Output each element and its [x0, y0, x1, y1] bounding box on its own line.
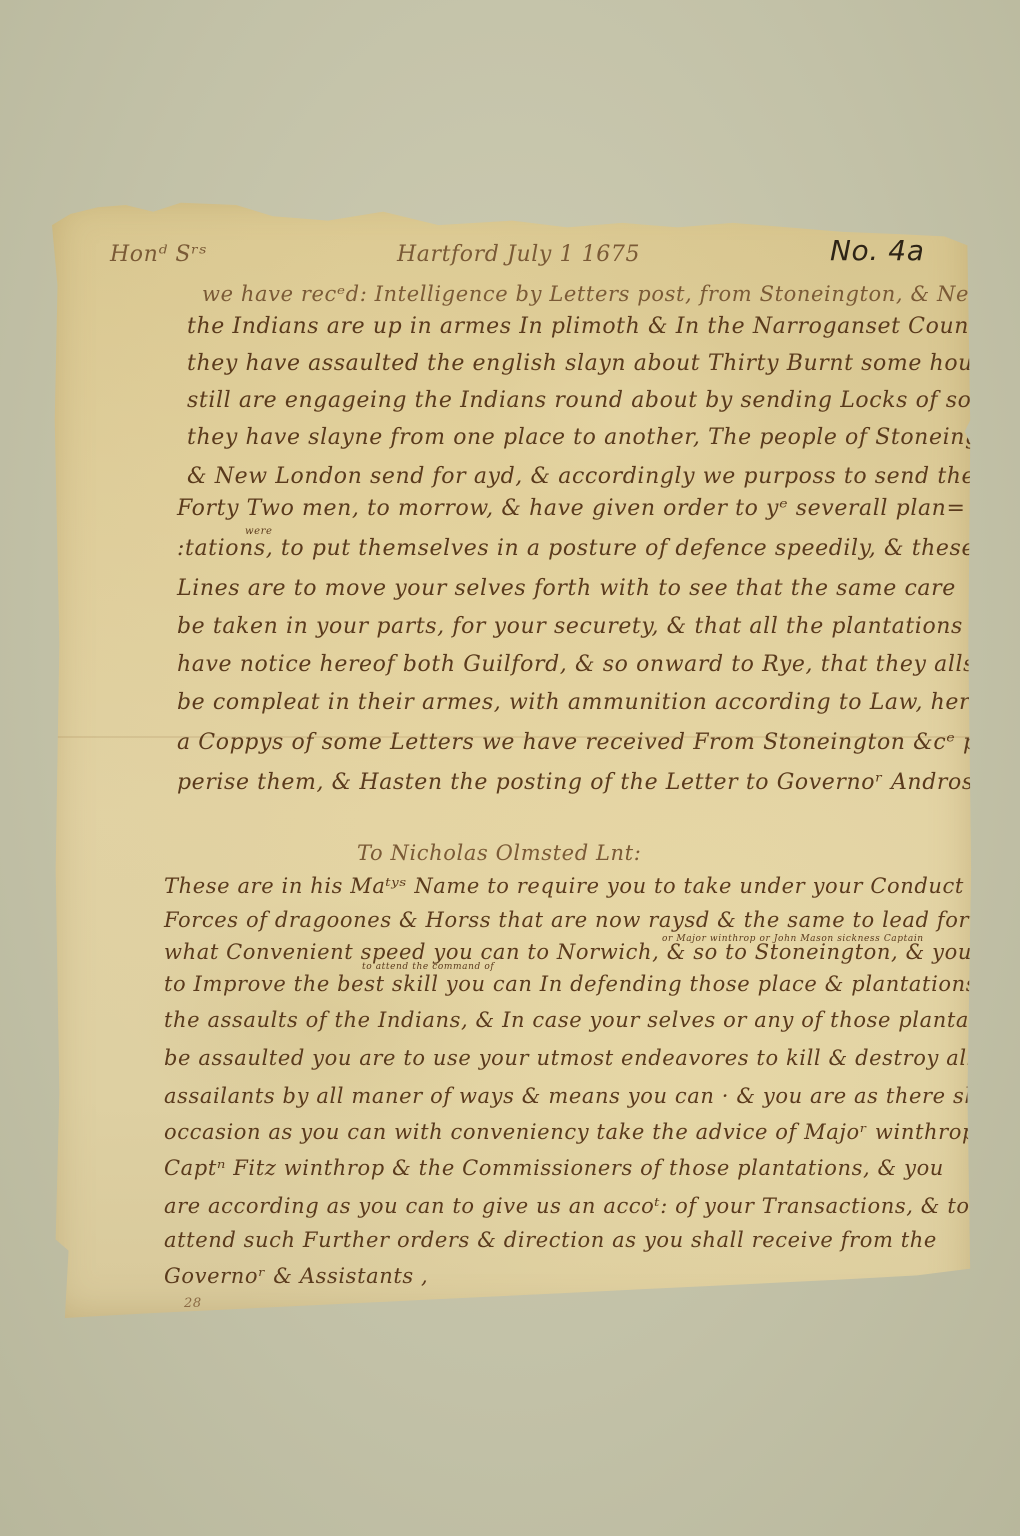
text-line: & New London send for ayd, & accordingly…	[187, 464, 997, 489]
manuscript-page: Honᵈ Sʳˢ Hartford July 1 1675 No. 4a we …	[52, 196, 972, 1318]
text-line: we have recᵉd: Intelligence by Letters p…	[202, 282, 1020, 306]
text-line: attend such Further orders & direction a…	[164, 1228, 937, 1252]
salutation: Honᵈ Sʳˢ	[110, 242, 207, 267]
text-line: still are engageing the Indians round ab…	[187, 388, 1020, 413]
text-line: assailants by all maner of ways & means …	[164, 1084, 1020, 1108]
text-line: occasion as you can with conveniency tak…	[164, 1120, 976, 1144]
text-line: Forty Two men, to morrow, & have given o…	[177, 496, 965, 521]
interlinear-insertion: or Major winthrop or John Mason sickness…	[662, 934, 924, 944]
text-line: be compleat in their armes, with ammunit…	[177, 690, 1020, 715]
text-line: they have assaulted the english slayn ab…	[187, 351, 1020, 376]
text-line: are according as you can to give us an a…	[164, 1194, 970, 1218]
text-line: they have slayne from one place to anoth…	[187, 425, 1018, 450]
interlinear-insertion: to attend the command of	[362, 962, 494, 972]
text-line: to Improve the best skill you can In def…	[164, 972, 1020, 996]
text-line: perise them, & Hasten the posting of the…	[177, 770, 986, 795]
text-line: Forces of dragoones & Horss that are now…	[164, 908, 1020, 932]
addressee: To Nicholas Olmsted Lnt:	[357, 841, 641, 865]
text-line: be assaulted you are to use your utmost …	[164, 1046, 1020, 1070]
text-line: Captⁿ Fitz winthrop & the Commissioners …	[164, 1156, 944, 1180]
text-line: These are in his Maᵗʸˢ Name to require y…	[164, 874, 1020, 898]
page-number: 28	[184, 1296, 202, 1311]
text-line: the assaults of the Indians, & In case y…	[164, 1008, 1020, 1032]
text-line: have notice hereof both Guilford, & so o…	[177, 652, 989, 677]
place-date: Hartford July 1 1675	[397, 242, 640, 267]
text-line: :tations, to put themselves in a posture…	[177, 536, 975, 561]
text-line: a Coppys of some Letters we have receive…	[177, 730, 1020, 755]
document-number: No. 4a	[830, 234, 924, 267]
text-line: Governoʳ & Assistants ,	[164, 1264, 428, 1288]
text-line: Lines are to move your selves forth with…	[177, 576, 956, 601]
text-line: be taken in your parts, for your securet…	[177, 614, 963, 639]
text-line: the Indians are up in armes In plimoth &…	[187, 314, 1020, 339]
